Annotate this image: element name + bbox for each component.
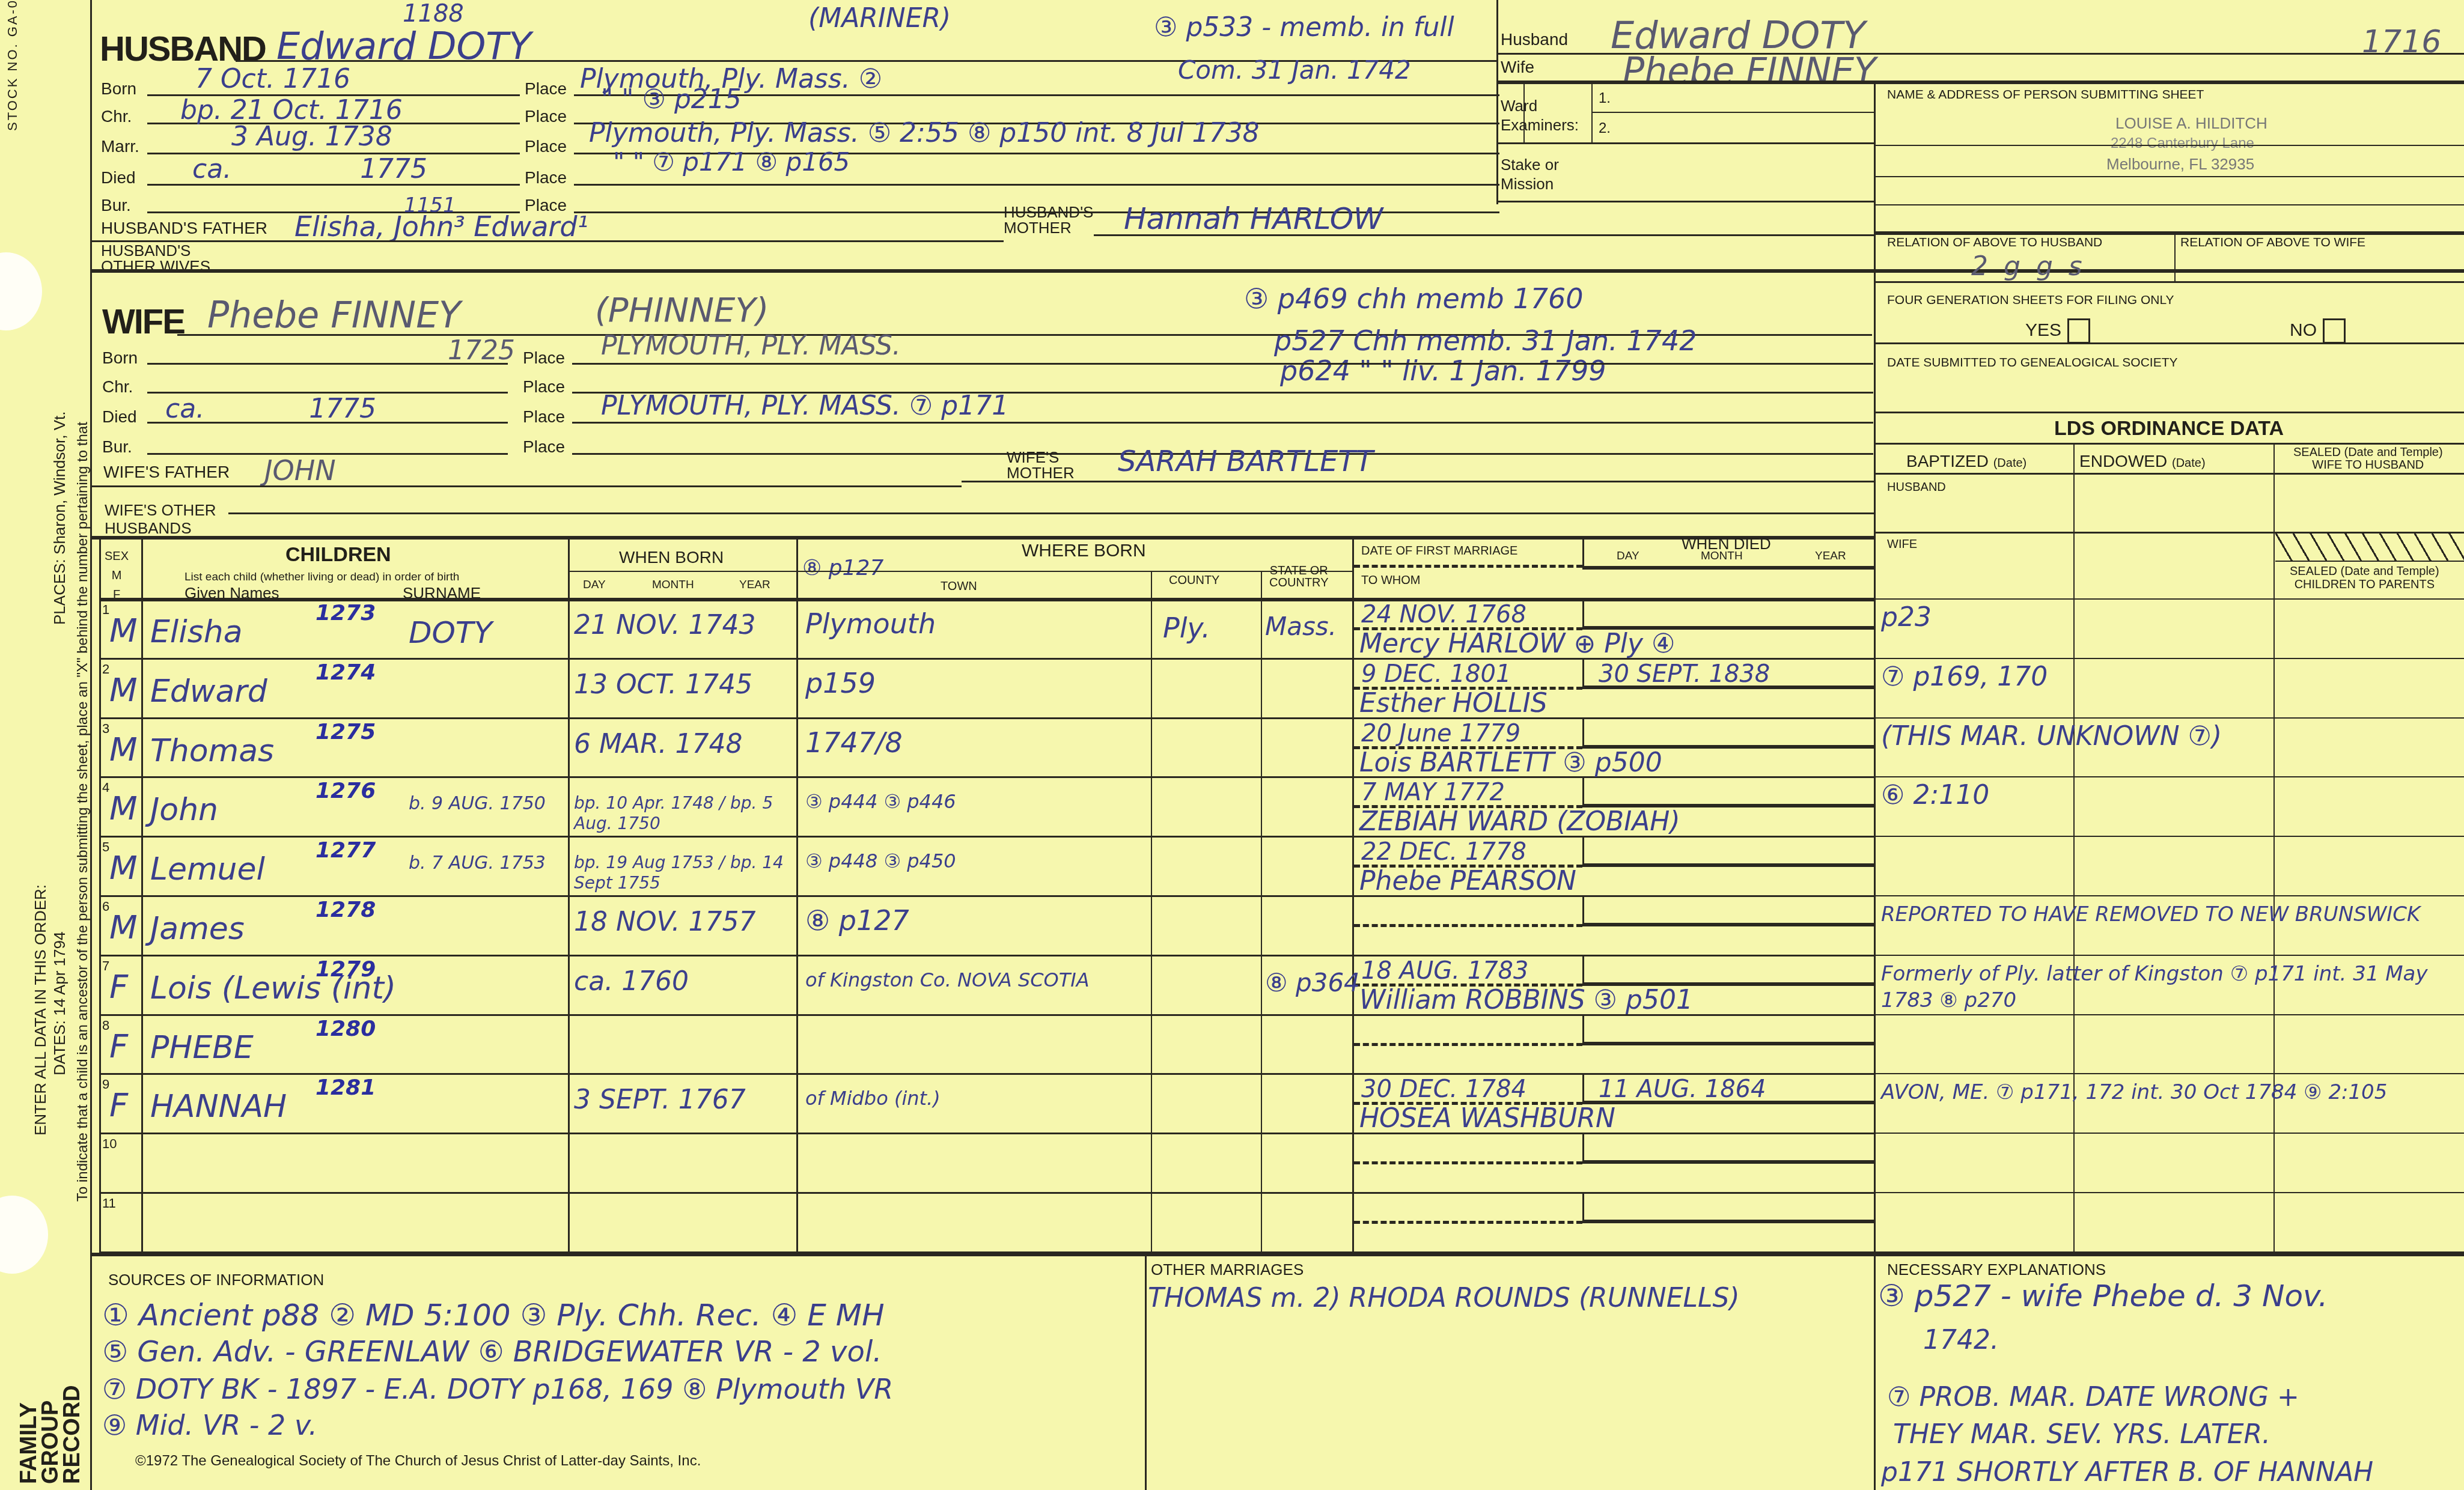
child-spouse: William ROBBINS ③ p501	[1359, 985, 1693, 1015]
husband-ref-number: 1188	[403, 0, 464, 28]
children-title: CHILDREN	[285, 543, 391, 567]
husband-died-date: ca. 1775	[192, 154, 427, 184]
child-given-name: Thomas	[150, 733, 274, 769]
lds-husband-row: HUSBAND	[1887, 481, 1946, 494]
child-marriage-date: 22 DEC. 1778	[1361, 838, 1526, 866]
ward-examiner-1[interactable]: 1.	[1599, 90, 1611, 107]
child-sex: M	[109, 789, 138, 827]
child-note: REPORTED TO HAVE REMOVED TO NEW BRUNSWIC…	[1881, 901, 2458, 928]
husband-marr-place: Plymouth, Ply. Mass. ⑤ 2:55 ⑧ p150 int. …	[589, 118, 1260, 148]
no-label: NO	[2290, 320, 2317, 340]
child-ref-number: 1274	[316, 660, 376, 685]
child-note: ⑦ p169, 170	[1881, 664, 2458, 690]
day-header: DAY	[583, 579, 606, 592]
child-town: ③ p448 ③ p450	[805, 849, 1148, 873]
husband-died-place: " " ⑦ p171 ⑧ p165	[613, 147, 850, 177]
submitter-label: NAME & ADDRESS OF PERSON SUBMITTING SHEE…	[1887, 88, 2204, 102]
child-number: 2	[102, 661, 109, 677]
child-town: ⑧ p127	[805, 908, 1148, 932]
child-note: Formerly of Ply. latter of Kingston ⑦ p1…	[1881, 961, 2458, 1014]
child-ref-number: 1276	[316, 779, 376, 803]
child-town: of Midbo (int.)	[805, 1086, 1148, 1110]
child-surname: b. 9 AUG. 1750	[409, 793, 546, 814]
husband-born-label: Born	[101, 79, 136, 99]
four-gen-label: FOUR GENERATION SHEETS FOR FILING ONLY	[1887, 293, 2174, 308]
sources-line-3: ⑦ DOTY BK - 1897 - E.A. DOTY p168, 169 ⑧…	[102, 1373, 893, 1405]
wife-note-3: p624 " " liv. 1 Jan. 1799	[1280, 354, 1606, 387]
relation-husband-value: 2 g g s	[1971, 251, 2086, 282]
husband-name: Edward DOTY	[276, 24, 531, 68]
child-town: 1747/8	[805, 731, 1148, 755]
husband-marr-date: 3 Aug. 1738	[231, 121, 392, 152]
summary-wife-label: Wife	[1501, 58, 1534, 77]
wife-note-1: ③ p469 chh memb 1760	[1244, 282, 1584, 315]
wife-bur-place-label: Place	[523, 437, 565, 457]
husband-occupation: (MARINER)	[808, 3, 951, 34]
child-number: 6	[102, 899, 109, 914]
lds-wife-row: WIFE	[1887, 538, 1917, 552]
child-state: Mass.	[1265, 612, 1337, 641]
wifes-mother: SARAH BARTLETT	[1118, 445, 1373, 478]
child-spouse: HOSEA WASHBURN	[1359, 1103, 1615, 1134]
child-spouse: Phebe PEARSON	[1359, 866, 1576, 896]
explanations-label: NECESSARY EXPLANATIONS	[1887, 1260, 2106, 1279]
child-ref-number: 1280	[316, 1017, 376, 1041]
four-gen-yes[interactable]: YES	[2025, 318, 2090, 344]
dates-instruction: DATES: 14 Apr 1794	[50, 932, 69, 1075]
punch-hole-bottom	[0, 1196, 48, 1274]
husband-note-membership: ③ p533 - memb. in full	[1154, 12, 1454, 43]
child-number: 7	[102, 958, 109, 974]
submitter-street: 2248 Canterbury Lane	[2111, 135, 2254, 152]
wifes-father: JOHN	[264, 454, 336, 487]
husbands-father-label: HUSBAND'S FATHER	[101, 219, 267, 238]
child-ref-number: 1281	[316, 1075, 376, 1100]
ward-examiners-label: Ward Examiners:	[1501, 96, 1579, 135]
child-town: of Kingston Co. NOVA SCOTIA	[805, 968, 1148, 992]
child-town: Plymouth	[805, 612, 1148, 636]
child-number: 3	[102, 721, 109, 737]
ancestor-instruction: To indicate that a child is an ancestor …	[75, 422, 91, 1202]
child-death-date: 30 SEPT. 1838	[1599, 660, 1770, 688]
child-given-name: Edward	[150, 674, 267, 710]
explanation-line-1: ③ p527 - wife Phebe d. 3 Nov.	[1878, 1279, 2328, 1313]
ward-examiner-2[interactable]: 2.	[1599, 120, 1611, 137]
wife-bur-label: Bur.	[102, 437, 132, 457]
child-number: 4	[102, 780, 109, 795]
wife-born-place: PLYMOUTH, PLY. MASS.	[601, 330, 901, 361]
child-number: 5	[102, 839, 109, 855]
children-subtitle: List each child (whether living or dead)…	[184, 571, 459, 584]
sealed-hatch	[2275, 534, 2464, 561]
husbands-mother: Hannah HARLOW	[1124, 201, 1383, 236]
child-marriage-date: 24 NOV. 1768	[1361, 601, 1526, 628]
explanation-line-3: ⑦ PROB. MAR. DATE WRONG +	[1887, 1382, 2299, 1412]
child-number: 10	[102, 1136, 117, 1152]
four-gen-no[interactable]: NO	[2290, 318, 2346, 344]
wifes-father-label: WIFE'S FATHER	[103, 463, 230, 482]
places-instruction: PLACES: Sharon, Windsor, Vt.	[50, 412, 69, 625]
child-town: p159	[805, 671, 1148, 695]
child-sex: M	[109, 612, 138, 649]
child-county: Ply.	[1163, 612, 1210, 644]
sources-label: SOURCES OF INFORMATION	[108, 1271, 324, 1289]
baptized-header: BAPTIZED (Date)	[1906, 452, 2026, 471]
sources-line-2: ⑤ Gen. Adv. - GREENLAW ⑥ BRIDGEWATER VR …	[102, 1335, 882, 1369]
child-sex: F	[109, 968, 128, 1006]
husbands-father: Elisha, John³ Edward¹	[294, 210, 588, 243]
child-number: 9	[102, 1077, 109, 1092]
child-given-name: James	[150, 911, 245, 947]
child-sex: M	[109, 849, 138, 887]
child-note: AVON, ME. ⑦ p171, 172 int. 30 Oct 1784 ⑨…	[1881, 1079, 2458, 1105]
husband-died-label: Died	[101, 168, 136, 187]
child-given-name: Lemuel	[150, 851, 265, 887]
summary-wife-value: Phebe FINNEY	[1623, 50, 1876, 93]
state-header: STATE OR COUNTRY	[1269, 565, 1329, 589]
child-marriage-date: 20 June 1779	[1361, 720, 1520, 747]
wife-died-label: Died	[102, 407, 137, 427]
husband-note-com: Com. 31 Jan. 1742	[1178, 55, 1411, 85]
child-town: ③ p444 ③ p446	[805, 789, 1148, 813]
explanation-line-5: p171 SHORTLY AFTER B. OF HANNAH	[1881, 1457, 2373, 1488]
husbands-mother-label: HUSBAND'S MOTHER	[1004, 204, 1093, 236]
entry-order-instruction: ENTER ALL DATA IN THIS ORDER:	[31, 884, 50, 1136]
wife-note-2: p527 Chh memb. 31 Jan. 1742	[1274, 324, 1697, 357]
child-born: bp. 19 Aug 1753 / bp. 14 Sept 1755	[574, 853, 790, 893]
wife-chr-label: Chr.	[102, 377, 133, 397]
relation-husband-label: RELATION OF ABOVE TO HUSBAND	[1887, 236, 2102, 250]
wife-born-label: Born	[102, 348, 138, 368]
stake-mission-label: Stake or Mission	[1501, 155, 1559, 193]
summary-husband-label: Husband	[1501, 30, 1568, 49]
husband-born-place-label: Place	[525, 79, 567, 99]
child-note: ⑥ 2:110	[1881, 782, 2458, 809]
child-spouse: Mercy HARLOW ⊕ Ply ④	[1359, 628, 1675, 659]
child-sex: F	[109, 1086, 128, 1124]
sources-line-1: ① Ancient p88 ② MD 5:100 ③ Ply. Chh. Rec…	[102, 1298, 885, 1333]
child-note: p23	[1881, 604, 2458, 631]
child-marriage-date: 9 DEC. 1801	[1361, 660, 1511, 688]
punch-hole-top	[0, 252, 42, 330]
child-marriage-date: 30 DEC. 1784	[1361, 1075, 1526, 1103]
explanation-line-4: THEY MAR. SEV. YRS. LATER.	[1893, 1419, 2270, 1450]
husband-chr-place-label: Place	[525, 107, 567, 126]
child-number: 8	[102, 1018, 109, 1033]
died-year-header: YEAR	[1815, 550, 1846, 563]
other-marriages-text: THOMAS m. 2) RHODA ROUNDS (RUNNELLS)	[1148, 1283, 1740, 1313]
child-born: bp. 10 Apr. 1748 / bp. 5 Aug. 1750	[574, 793, 790, 834]
town-header: TOWN	[941, 580, 977, 594]
child-ref-number: 1277	[316, 838, 376, 863]
child-spouse: ZEBIAH WARD (ZOBIAH)	[1359, 806, 1680, 837]
child-marriage-date: 18 AUG. 1783	[1361, 957, 1528, 985]
wife-chr-place-label: Place	[523, 377, 565, 397]
wifes-other-husbands-label: WIFE'S OTHER HUSBANDS	[105, 501, 216, 537]
child-sex: M	[109, 671, 138, 709]
child-ref-number: 1278	[316, 898, 376, 922]
no-checkbox[interactable]	[2323, 318, 2346, 344]
child-ref-number: 1273	[316, 601, 376, 625]
left-margin-rule	[90, 0, 92, 1490]
child-number: 11	[102, 1196, 116, 1211]
submitter-city: Melbourne, FL 32935	[2106, 155, 2254, 174]
wife-alt-name: (PHINNEY)	[595, 291, 769, 330]
child-given-name: John	[150, 792, 218, 828]
form-title: FAMILY GROUP RECORD	[18, 1385, 83, 1484]
husband-died-place-label: Place	[525, 168, 567, 187]
sealed-children-header: SEALED (Date and Temple) CHILDREN TO PAR…	[2290, 565, 2439, 591]
summary-year: 1716	[2362, 24, 2441, 60]
child-born: 6 MAR. 1748	[574, 734, 790, 755]
where-born-note: ⑧ p127	[802, 556, 883, 580]
date-submitted-label: DATE SUBMITTED TO GENEALOGICAL SOCIETY	[1887, 356, 2177, 370]
child-surname: DOTY	[409, 615, 492, 650]
endowed-header: ENDOWED (Date)	[2079, 452, 2206, 471]
child-ref-number: 1275	[316, 720, 376, 744]
child-given-name: Elisha	[150, 614, 243, 650]
husband-born-date: 7 Oct. 1716	[195, 64, 350, 94]
husband-heading: HUSBAND	[100, 29, 266, 69]
wife-born-date: 1725	[448, 335, 515, 366]
husband-chr-label: Chr.	[101, 107, 132, 126]
child-death-date: 11 AUG. 1864	[1599, 1075, 1766, 1103]
child-born: ca. 1760	[574, 972, 790, 992]
yes-label: YES	[2025, 320, 2061, 340]
child-sex: M	[109, 908, 138, 946]
sources-line-4: ⑨ Mid. VR - 2 v.	[102, 1409, 317, 1441]
wife-died-place-label: Place	[523, 407, 565, 427]
child-spouse: Esther HOLLIS	[1359, 688, 1548, 719]
wife-heading: WIFE	[102, 302, 184, 342]
month-header: MONTH	[652, 579, 694, 592]
relation-wife-label: RELATION OF ABOVE TO WIFE	[2180, 236, 2365, 250]
child-marriage-date: 7 MAY 1772	[1361, 779, 1505, 806]
when-born-header: WHEN BORN	[619, 548, 724, 567]
lds-title: LDS ORDINANCE DATA	[2054, 417, 2284, 440]
child-number: 1	[102, 602, 109, 618]
year-header: YEAR	[739, 579, 770, 592]
husband-marr-place-label: Place	[525, 137, 567, 156]
child-born: 3 SEPT. 1767	[574, 1090, 790, 1110]
child-ref-number: 1279	[316, 957, 376, 982]
wife-name: Phebe FINNEY	[207, 294, 461, 336]
child-given-name: HANNAH	[150, 1089, 287, 1125]
husband-chr-place: " " ③ p215	[601, 84, 742, 115]
child-born: 13 OCT. 1745	[574, 675, 790, 695]
sex-header: SEX M F	[105, 547, 129, 604]
copyright: ©1972 The Genealogical Society of The Ch…	[135, 1453, 701, 1470]
yes-checkbox[interactable]	[2067, 318, 2090, 344]
died-month-header: MONTH	[1701, 550, 1743, 563]
date-first-marriage-header: DATE OF FIRST MARRIAGE	[1361, 544, 1517, 558]
county-header: COUNTY	[1169, 574, 1219, 588]
wifes-mother-label: WIFE'S MOTHER	[1007, 449, 1075, 481]
child-given-name: PHEBE	[150, 1030, 254, 1066]
child-state: ⑧ p364	[1265, 968, 1360, 997]
where-born-header: WHERE BORN	[1022, 541, 1146, 561]
husband-marr-label: Marr.	[101, 137, 139, 156]
child-note: (THIS MAR. UNKNOWN ⑦)	[1881, 723, 2458, 750]
stock-number: STOCK NO. GA-032	[5, 0, 20, 131]
wife-died-place: PLYMOUTH, PLY. MASS. ⑦ p171	[601, 391, 1008, 421]
sealed-wife-header: SEALED (Date and Temple) WIFE TO HUSBAND	[2293, 446, 2443, 472]
wife-died-date: ca. 1775	[165, 394, 376, 424]
child-spouse: Lois BARTLETT ③ p500	[1359, 747, 1662, 778]
to-whom-header: TO WHOM	[1361, 574, 1421, 588]
child-born: 21 NOV. 1743	[574, 615, 790, 636]
child-sex: M	[109, 731, 138, 768]
wife-born-place-label: Place	[523, 348, 565, 368]
husband-bur-label: Bur.	[101, 196, 131, 215]
child-born: 18 NOV. 1757	[574, 912, 790, 932]
submitter-name: LOUISE A. HILDITCH	[2115, 114, 2267, 133]
child-surname: b. 7 AUG. 1753	[409, 853, 546, 874]
child-sex: F	[109, 1027, 128, 1065]
died-day-header: DAY	[1617, 550, 1639, 563]
explanation-line-2: 1742.	[1923, 1325, 1999, 1355]
other-marriages-label: OTHER MARRIAGES	[1151, 1260, 1304, 1279]
